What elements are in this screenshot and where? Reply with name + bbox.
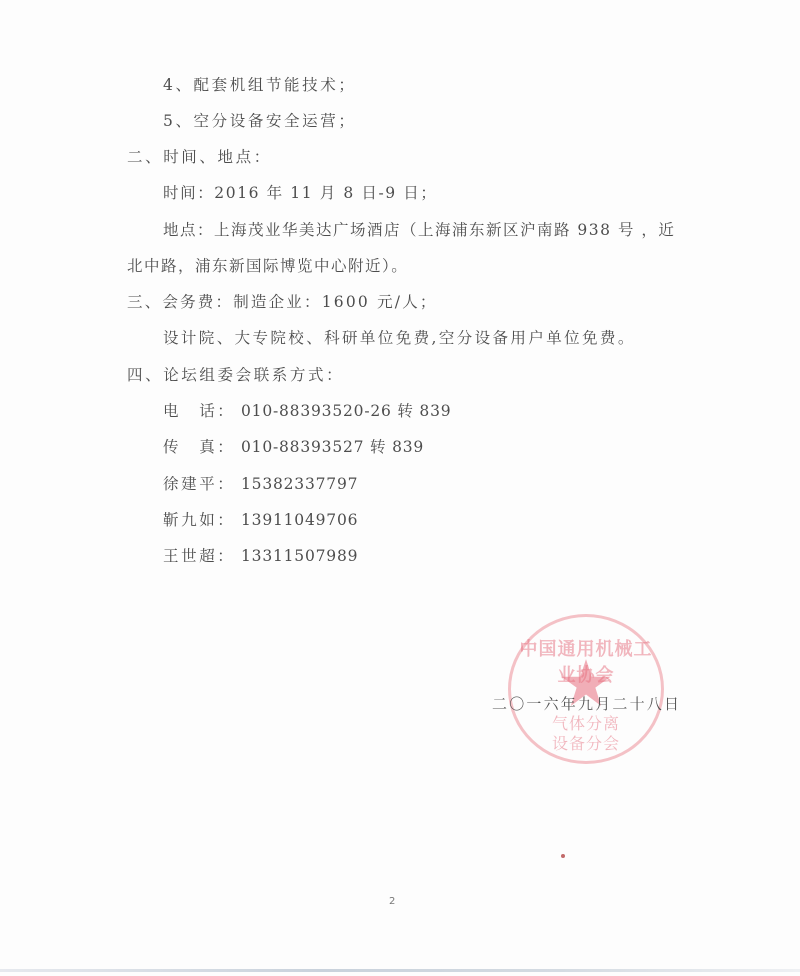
topic-item-4: 4、配套机组节能技术；: [163, 75, 356, 95]
contact-value: 010-88393520-26 转 839: [241, 402, 451, 420]
event-location: 地点：上海茂业华美达广场酒店（上海浦东新区沪南路 938 号 ，近: [163, 220, 675, 240]
section-2-heading: 二、时间、地点：: [127, 147, 272, 167]
event-time: 时间：2016 年 11 月 8 日-9 日；: [163, 183, 438, 203]
contact-phone: 电 话：010-88393520-26 转 839: [163, 401, 451, 421]
contact-person: 靳九如：13911049706: [163, 510, 358, 530]
contact-value: 010-88393527 转 839: [241, 438, 424, 456]
section-3-heading: 三、会务费：制造企业：1600 元/人；: [127, 292, 438, 312]
seal-line-2: 设备分会: [511, 731, 661, 754]
ink-dot: [561, 854, 565, 858]
scan-edge-divider: [0, 969, 800, 972]
contact-label: 王世超：: [163, 546, 241, 566]
page-number: 2: [389, 896, 395, 907]
fee-note: 设计院、大专院校、科研单位免费,空分设备用户单位免费。: [163, 328, 636, 348]
topic-item-5: 5、空分设备安全运营；: [163, 111, 356, 131]
contact-value: 15382337797: [241, 475, 358, 493]
contact-label: 徐建平：: [163, 474, 241, 494]
contact-value: 13911049706: [241, 511, 358, 529]
contact-label: 电 话：: [163, 401, 241, 421]
contact-person: 徐建平：15382337797: [163, 474, 358, 494]
contact-value: 13311507989: [241, 547, 358, 565]
event-location-cont: 北中路，浦东新国际博览中心附近）。: [127, 256, 408, 276]
official-seal: 中国通用机械工业协会 气体分离 设备分会: [508, 614, 664, 764]
contact-label: 传 真：: [163, 437, 241, 457]
section-4-heading: 四、论坛组委会联系方式：: [127, 365, 344, 385]
document-date: 二〇一六年九月二十八日: [492, 693, 681, 714]
contact-fax: 传 真：010-88393527 转 839: [163, 437, 424, 457]
contact-label: 靳九如：: [163, 510, 241, 530]
contact-person: 王世超：13311507989: [163, 546, 358, 566]
